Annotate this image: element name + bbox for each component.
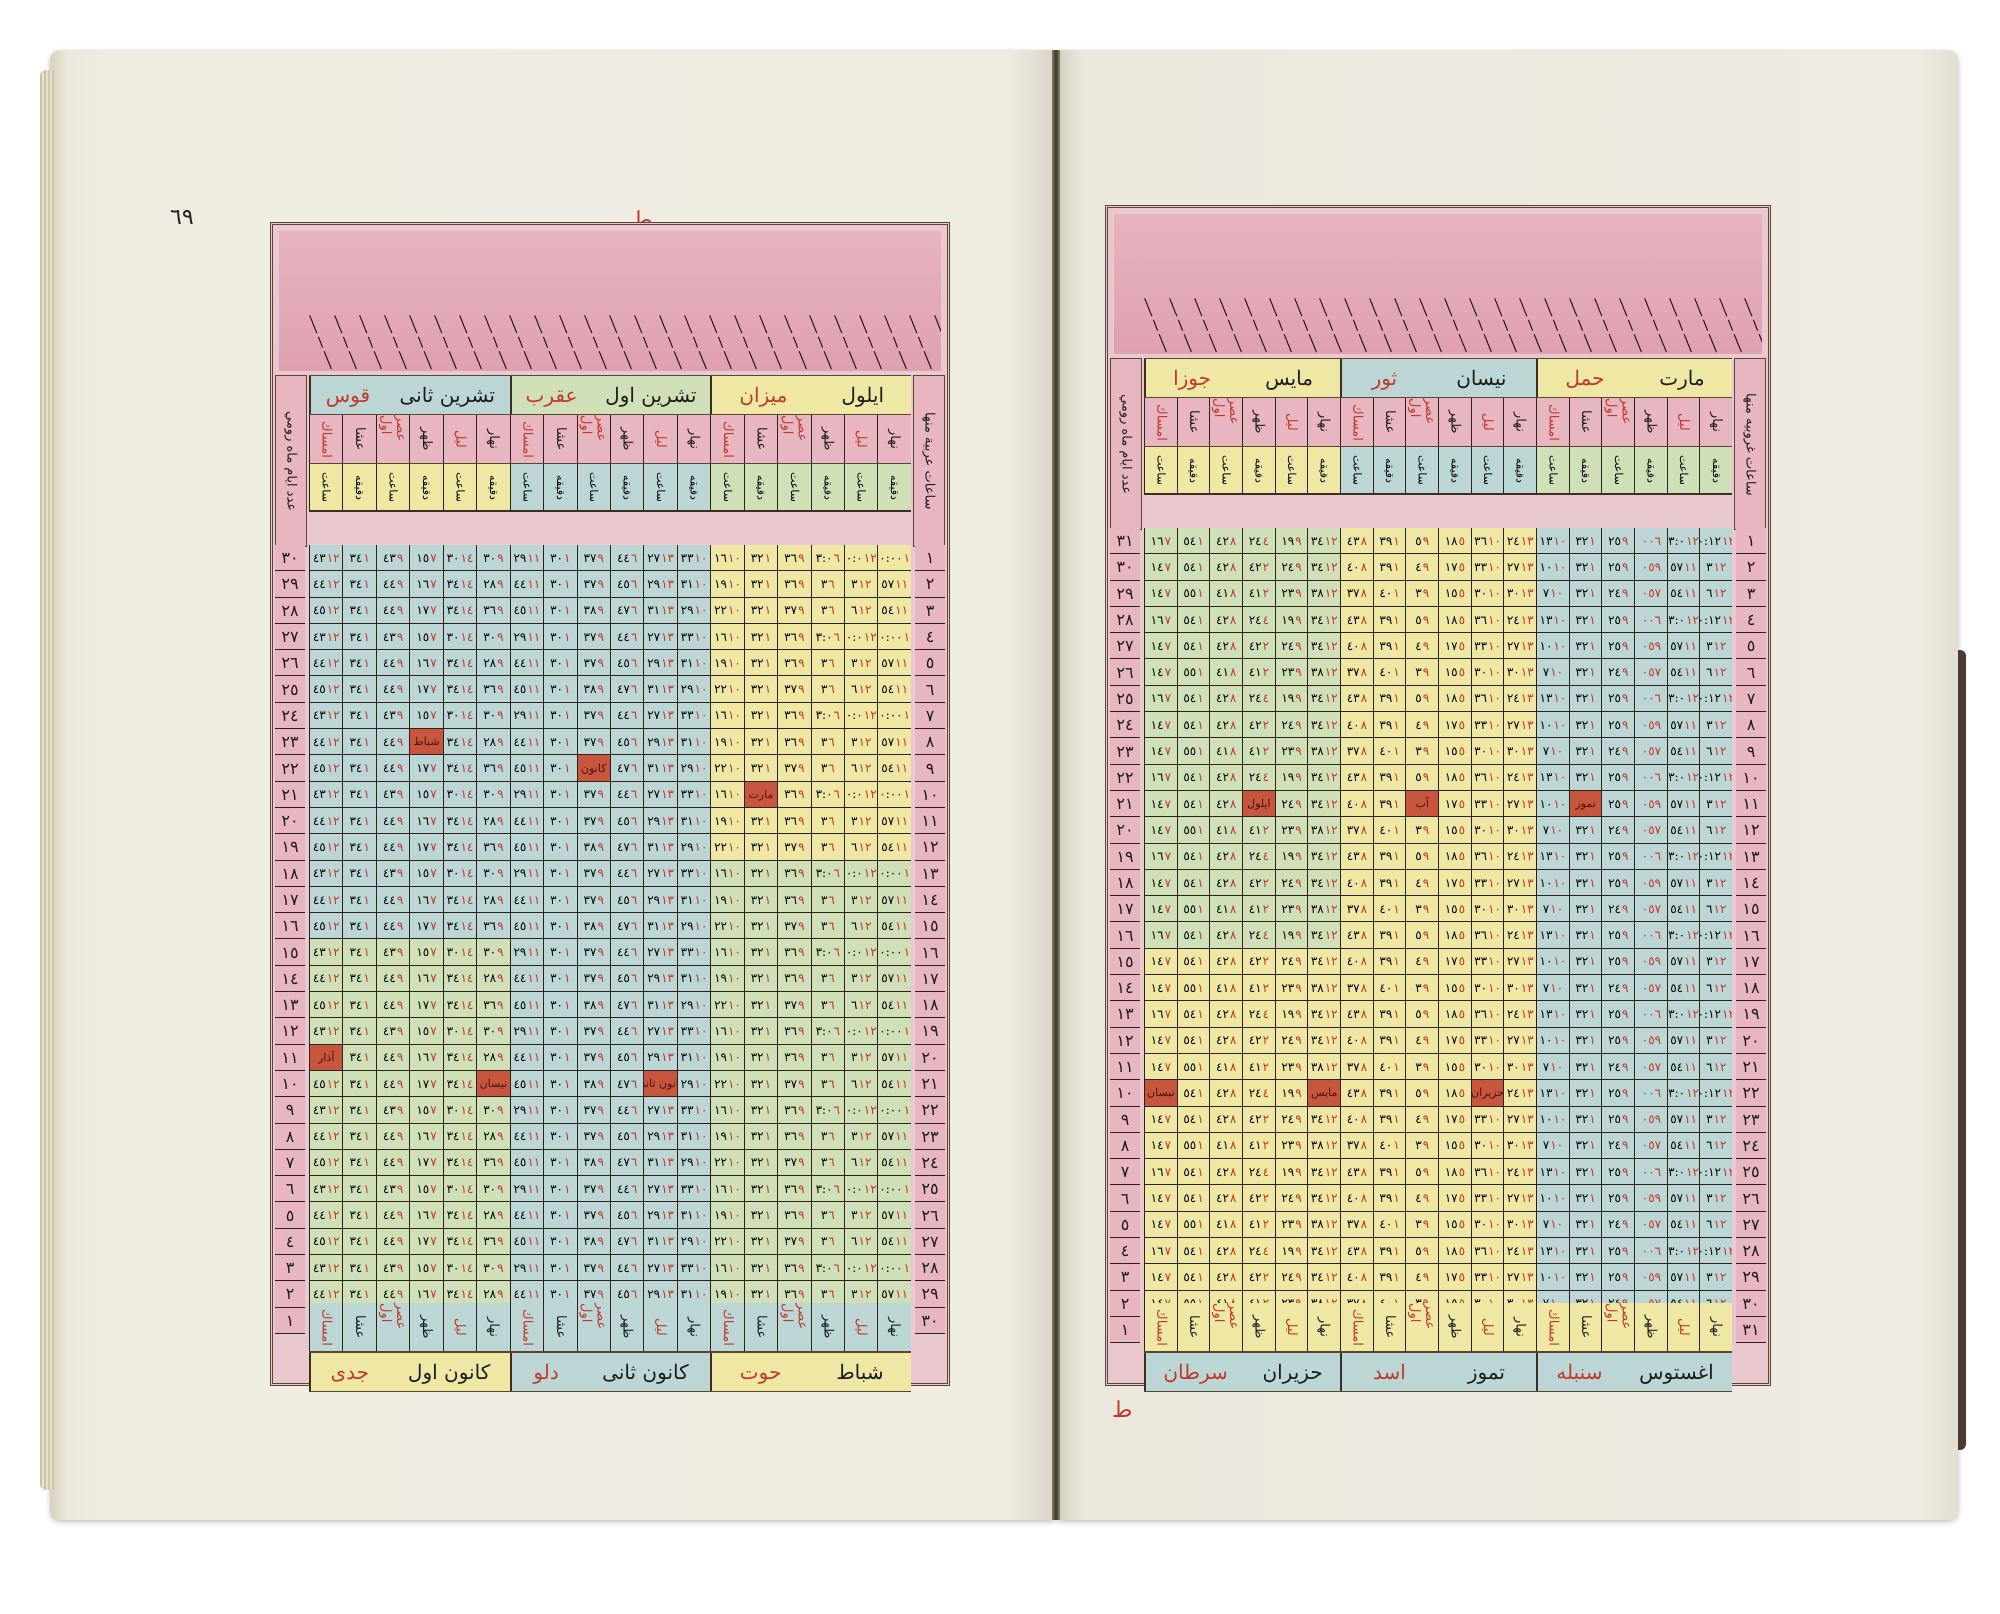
table-cell: ٧١٤	[1144, 554, 1177, 579]
table-row: ١٢٤٣١٣٤٩٤٣٧١٥١٤٣٠٩٣٠١١٢٩١٣٠٩٣٧٦٤٤١٣٢٧١٠٣…	[309, 624, 911, 650]
table-cell: ٩١٩	[1275, 686, 1308, 711]
table-cell: ٠٠٦	[1634, 922, 1667, 947]
day-number: ١٣	[1736, 844, 1766, 870]
column-header: امساك	[510, 1303, 543, 1351]
column-header: عصر اول	[777, 415, 810, 463]
table-cell: ٩٤٤	[376, 913, 409, 938]
table-cell: ٩٣٦	[777, 1097, 810, 1122]
sub-header: ساعت	[1275, 447, 1308, 493]
table-cell: ١٣٤	[342, 1202, 375, 1227]
table-cell: ١٠٣٣	[1471, 712, 1504, 737]
table-cell: ٨٣٧	[1340, 975, 1373, 1000]
table-cell: ٩٢٥	[1601, 1080, 1634, 1105]
table-row: ١٢٤٣١٣٤٩٤٣٧١٥١٤٣٠٩٣٠١١٢٩١٣٠٩٣٧٦٤٤١٣٢٧١٠٣…	[309, 1176, 911, 1202]
table-cell: ٤٢٤	[1242, 1001, 1275, 1026]
table-row: ٧١٤١٥٤٨٤٢٢٤٢٩٢٤١٢٣٤٨٤٠١٣٩٩٤٥١٧١٠٣٣١٣٢٧١٠…	[1144, 870, 1732, 896]
table-cell: ٩٣	[1405, 1133, 1438, 1158]
table-cell: ١٥٥	[1177, 1212, 1210, 1237]
table-cell: ١٣٢٧	[1503, 554, 1536, 579]
table-cell: ٩٢٥	[1601, 765, 1634, 790]
table-cell: ١٤٠	[1373, 1212, 1406, 1237]
table-cell: ١٣٠	[543, 1124, 576, 1149]
table-row: ١٢٤٥١٣٤٩٤٤٧١٧١٤٣٤٩٣٦١١٤٥١٣٠٩٣٨٦٤٧١٣٣١١٠٢…	[309, 1150, 911, 1176]
day-number: ٢٠	[1736, 1028, 1766, 1054]
table-cell: ١٢٠:٠	[844, 703, 877, 728]
table-cell: ١٢٠:٠	[844, 939, 877, 964]
column-header: امساك	[1536, 1303, 1569, 1351]
table-cell: ٩٢٤	[1601, 1133, 1634, 1158]
table-cell: ١٣٠	[543, 1071, 576, 1096]
table-cell: ١١٢٩	[510, 1097, 543, 1122]
table-cell: ١٣٤	[342, 992, 375, 1017]
table-cell: ١٢٣٤	[1307, 1238, 1340, 1263]
table-cell: ٩٣٦	[777, 624, 810, 649]
table-cell: ٩٤	[1405, 870, 1438, 895]
day-number: ١٦	[275, 913, 305, 939]
month-change-marker: مارت	[744, 782, 777, 807]
footer-column-headers: امساكعشاعصر اولظهرليلنهارامساكعشاعصر اول…	[1144, 1303, 1732, 1352]
table-cell: ١٠١٣	[1536, 1001, 1569, 1026]
table-cell: ٩٤٣	[376, 939, 409, 964]
day-number: ١٦	[1110, 922, 1140, 948]
table-cell: ١٢٤٣	[309, 1176, 342, 1201]
table-cell: ٦٣:٠	[811, 939, 844, 964]
day-number: ٢٣	[275, 729, 305, 755]
table-cell: ١٣٣٠	[1503, 738, 1536, 763]
table-cell: ١٢٣	[844, 966, 877, 991]
table-cell: ١٠٣١	[677, 650, 710, 675]
table-cell: ٩٢٥	[1601, 922, 1634, 947]
table-cell: ٦٤٤	[610, 939, 643, 964]
table-cell: ٩٢٤	[1275, 1107, 1308, 1132]
table-cell: ٨٤٢	[1209, 791, 1242, 816]
table-cell: ١٣٣٠	[1503, 1212, 1536, 1237]
table-cell: ٢٤١	[1242, 738, 1275, 763]
table-cell: ١٢٣٨	[1307, 581, 1340, 606]
table-cell: ١١٤٤	[510, 808, 543, 833]
table-cell: ١٣٢٧	[643, 703, 676, 728]
column-header: عشا	[744, 1303, 777, 1351]
side-label-right: ساعات عربية منها	[913, 375, 945, 547]
table-cell: ١٠١٩	[710, 887, 743, 912]
table-cell: ٩٣٨	[577, 1071, 610, 1096]
book-gutter	[1052, 50, 1060, 1520]
table-cell: ٩٤	[1405, 1264, 1438, 1289]
table-cell: ٧١٦	[1144, 844, 1177, 869]
table-cell: ١٣٢	[1569, 686, 1602, 711]
column-header: نهار	[476, 1303, 509, 1351]
table-cell: ٩٢٤	[1601, 1212, 1634, 1237]
table-cell: ٥١٨	[1438, 1001, 1471, 1026]
day-number: ١٢	[1110, 1028, 1140, 1054]
table-row: ٧١٤١٥٤٨٤٢٢٤٢٩٢٤١٢٣٤٨٤٠١٣٩٩٤٥١٧١٠٣٣١٣٢٧١٠…	[1144, 1028, 1732, 1054]
sub-header: دقيقه	[1699, 447, 1732, 493]
table-cell: ١٤٠	[1373, 659, 1406, 684]
table-cell: ٤٢٤	[1242, 686, 1275, 711]
table-cell: ٨٤٠	[1340, 1185, 1373, 1210]
day-number: ٢٤	[915, 1150, 945, 1176]
table-cell: ٨٣٧	[1340, 896, 1373, 921]
table-cell: ١٢٣٤	[1307, 949, 1340, 974]
table-cell: ١٣٢	[1569, 922, 1602, 947]
table-cell: ٥١٥	[1438, 975, 1471, 1000]
column-header: عشا	[342, 415, 375, 463]
table-cell: ٧١٤	[1144, 659, 1177, 684]
table-cell: ١١٥٧	[877, 1045, 910, 1070]
table-cell: ١١٥٤	[1667, 659, 1700, 684]
table-cell: ١٣٤	[342, 729, 375, 754]
table-cell: ٩٣٨	[577, 598, 610, 623]
day-number: ٢٦	[1110, 659, 1140, 685]
table-cell: ١٤٣٤	[443, 1150, 476, 1175]
table-cell: ٨٣٧	[1340, 581, 1373, 606]
table-cell: ٩٣٠	[476, 939, 509, 964]
table-row: ١٢٤٥١٣٤٩٤٤٧١٧١٤٣٤٩٣٦١١٤٥١٣٠٩٣٨٦٤٧١٣٣١١٠٢…	[309, 992, 911, 1018]
table-cell: ١٥٤	[1177, 1159, 1210, 1184]
table-cell: ١٢٠٠:٠٠	[877, 545, 910, 570]
table-cell: ٩٣٧	[577, 966, 610, 991]
table-cell: ٧١٦	[409, 571, 442, 596]
left-text-block: ـــ ـــــ ـــ ــــــــ ـــــ ـــ ـــــــ…	[279, 231, 941, 371]
table-cell: ١٥٥	[1177, 1054, 1210, 1079]
day-number: ٦	[915, 676, 945, 702]
table-cell: ١٤٣٤	[443, 650, 476, 675]
table-cell: ٩٤٣	[376, 545, 409, 570]
table-cell: ٩٤٣	[376, 1097, 409, 1122]
table-cell: ١٣٢٩	[643, 1124, 676, 1149]
table-cell: ٦٣	[811, 834, 844, 859]
month-change-marker: آذار	[309, 1045, 342, 1070]
table-cell: ١٠٢٩	[677, 598, 710, 623]
table-cell: ٨٤٣	[1340, 686, 1373, 711]
table-cell: ١٣٩	[1373, 1264, 1406, 1289]
column-header: عشا	[543, 415, 576, 463]
column-header: نهار	[1503, 398, 1536, 446]
day-number: ٢٦	[915, 1202, 945, 1228]
table-cell: ٩٣٨	[577, 834, 610, 859]
table-cell: ٩٤٤	[376, 966, 409, 991]
table-cell: ٩٣٧	[577, 1176, 610, 1201]
table-cell: ١٢٣	[1699, 554, 1732, 579]
table-cell: ١٢٠:١٢	[1699, 922, 1732, 947]
table-cell: ١٢٤٤	[309, 966, 342, 991]
column-header: ظهر	[1634, 1303, 1667, 1351]
table-cell: ١٣٩	[1373, 949, 1406, 974]
table-cell: ١١٥٤	[877, 992, 910, 1017]
table-cell: ١١٥٧	[1667, 791, 1700, 816]
table-cell: ١٢٦	[844, 913, 877, 938]
table-cell: ١٠١٣	[1536, 607, 1569, 632]
table-cell: ١٣٢	[744, 1071, 777, 1096]
table-cell: ٨٤٠	[1340, 949, 1373, 974]
side-label-right: ساعات غروبيه منها	[1734, 358, 1766, 530]
table-cell: ١٣٢٤	[1503, 1001, 1536, 1026]
table-cell: ١٢٣:٠	[1667, 528, 1700, 553]
table-cell: ١١٢٩	[510, 1018, 543, 1043]
table-cell: ١٣٢	[744, 1202, 777, 1227]
table-cell: ٠٥٩	[1634, 1185, 1667, 1210]
table-cell: ١٠١٦	[710, 1255, 743, 1280]
table-cell: ٩٤	[1405, 1185, 1438, 1210]
table-cell: ١٣٢٧	[643, 861, 676, 886]
table-cell: ١٠٣٣	[677, 782, 710, 807]
table-cell: ٩٣٧	[577, 1097, 610, 1122]
column-header: ليل	[1667, 1303, 1700, 1351]
table-cell: ١٣٤	[342, 1150, 375, 1175]
table-cell: ١٣٤	[342, 966, 375, 991]
table-cell: ٠٥٩	[1634, 1028, 1667, 1053]
table-cell: ١١٥٤	[1667, 738, 1700, 763]
column-header: عصر اول	[1209, 1303, 1242, 1351]
table-cell: ١٠٣١	[677, 729, 710, 754]
table-cell: ٩٣٠	[476, 1097, 509, 1122]
right-text-block: ـــ ـــــ ـــ ــــــــ ـــــ ـــ ـــــــ…	[1114, 214, 1762, 354]
table-cell: ١٢٣٤	[1307, 765, 1340, 790]
table-row: ٧١٤١٥٤٨٤٢٢٤٢٩٢٤١٢٣٤٨٤٠١٣٩٩٤٥١٧١٠٣٣١٣٢٧١٠…	[1144, 712, 1732, 738]
table-row: ٧١٤١٥٥٨٤١٢٤١٩٢٣١٢٣٨٨٣٧١٤٠٩٣٥١٥١٠٣٠١٣٣٠١٠…	[1144, 659, 1732, 685]
table-cell: ١٠١٣	[1536, 922, 1569, 947]
table-row: ١٢٤٥١٣٤٩٤٤٧١٧١٤٣٤٩٣٦١١٤٥١٣٠٩٣٨٦٤٧١٣٣١١٠٢…	[309, 598, 911, 624]
table-cell: ١٣٤	[342, 1071, 375, 1096]
table-cell: ٨٤٣	[1340, 607, 1373, 632]
table-cell: ٩٣٧	[577, 808, 610, 833]
column-header: عشا	[1177, 398, 1210, 446]
day-number: ١	[915, 545, 945, 571]
month-change-marker: نيسان	[1144, 1080, 1177, 1105]
sub-header: ساعت	[1340, 447, 1373, 493]
day-number: ٢٠	[275, 808, 305, 834]
table-cell: ٦٣:٠	[811, 1097, 844, 1122]
table-row: ٧١٤١٥٥٨٤١٢٤١٩٢٣١٢٣٨٨٣٧١٤٠٩٣٥١٥١٠٣٠١٣٣٠١٠…	[1144, 1133, 1732, 1159]
table-cell: ١٥٥	[1177, 659, 1210, 684]
table-cell: ٦٤٤	[610, 861, 643, 886]
table-cell: ١٣٠	[543, 992, 576, 1017]
table-cell: ٨٤٠	[1340, 554, 1373, 579]
table-cell: ١١٢٩	[510, 861, 543, 886]
table-row: ١٢٤٥١٣٤٩٤٤٧١٧١٤٣٤٩٣٦١١٤٥١٣٠٩٣٨٦٤٧١٣٣١١٠٢…	[309, 913, 911, 939]
table-cell: ٧١٦	[1144, 922, 1177, 947]
table-cell: ١٠٣٦	[1471, 765, 1504, 790]
table-cell: ٩٢٤	[1601, 581, 1634, 606]
table-cell: ١١٥٧	[1667, 633, 1700, 658]
day-number: ١٦	[915, 939, 945, 965]
day-number: ١٧	[275, 887, 305, 913]
table-cell: ١١٤٤	[510, 887, 543, 912]
table-cell: ١٣٢	[1569, 554, 1602, 579]
table-cell: ٠٠٦	[1634, 844, 1667, 869]
right-data-grid: ٧١٦١٥٤٨٤٢٤٢٤٩١٩١٢٣٤٨٤٣١٣٩٩٥٥١٨١٠٣٦١٣٢٤١٠…	[1144, 528, 1732, 1343]
table-cell: ١٣٠	[543, 939, 576, 964]
table-cell: ٩٣٧	[777, 992, 810, 1017]
column-header: نهار	[677, 1303, 710, 1351]
table-cell: ١٣٩	[1373, 528, 1406, 553]
table-cell: ٥١٥	[1438, 896, 1471, 921]
table-cell: ٩١٩	[1275, 844, 1308, 869]
table-cell: ١٠٣٣	[1471, 1264, 1504, 1289]
table-cell: ١٤٣٤	[443, 729, 476, 754]
table-cell: ١٣٢	[1569, 1264, 1602, 1289]
table-cell: ١١٥٧	[1667, 1028, 1700, 1053]
table-cell: ١٠٣٣	[1471, 870, 1504, 895]
day-number: ٢٢	[1736, 1080, 1766, 1106]
sub-header: ساعت	[376, 464, 409, 510]
day-number: ١٤	[1110, 975, 1140, 1001]
table-cell: ٨٤٢	[1209, 686, 1242, 711]
table-cell: ٩٢٤	[1601, 738, 1634, 763]
table-row: ١٢٤٤١٣٤٩٤٤٧١٦١٤٣٤٩٢٨١١٤٤١٣٠٩٣٧٦٤٥١٣٢٩١٠٣…	[309, 1202, 911, 1228]
table-cell: ١٢٦	[844, 1150, 877, 1175]
table-cell: ١٣٤	[342, 861, 375, 886]
table-cell: ١١٤٤	[510, 1124, 543, 1149]
table-cell: ١٢٣	[844, 650, 877, 675]
table-cell: ٨٤١	[1209, 817, 1242, 842]
table-cell: ٥١٧	[1438, 1185, 1471, 1210]
table-cell: ١٠٣٣	[677, 939, 710, 964]
table-cell: ١٣٤	[342, 755, 375, 780]
month-change-marker: نيسان	[476, 1071, 509, 1096]
table-cell: ١٢٣٤	[1307, 686, 1340, 711]
table-cell: ١٣٢	[744, 808, 777, 833]
table-cell: ١٢٦	[844, 992, 877, 1017]
table-cell: ١٣٠	[543, 1229, 576, 1254]
table-cell: ١٠٣٣	[677, 1097, 710, 1122]
column-header: عصر اول	[1405, 398, 1438, 446]
table-cell: ١٠٣٦	[1471, 607, 1504, 632]
column-header: امساك	[1340, 1303, 1373, 1351]
table-cell: ١١٥٧	[1667, 1264, 1700, 1289]
table-cell: ١٢٣	[844, 571, 877, 596]
day-number: ٤	[275, 1229, 305, 1255]
table-cell: ٧١٦	[1144, 607, 1177, 632]
table-cell: ١٢٣٨	[1307, 738, 1340, 763]
table-cell: ١٣٠	[543, 755, 576, 780]
table-cell: ١١٤٤	[510, 1202, 543, 1227]
table-cell: ٨٤٢	[1209, 949, 1242, 974]
table-cell: ٠٥٩	[1634, 1107, 1667, 1132]
column-headers: امساكعشاعصر اولظهرليلنهارامساكعشاعصر اول…	[309, 415, 911, 464]
column-header: عشا	[1569, 1303, 1602, 1351]
month-change-marker: حزيران	[1471, 1080, 1504, 1105]
table-cell: ٩٢٣	[1275, 975, 1308, 1000]
table-cell: ١٢٣٨	[1307, 817, 1340, 842]
table-cell: ١٠٧	[1536, 896, 1569, 921]
sub-header: دقيقه	[1634, 447, 1667, 493]
table-cell: ١٣٢	[1569, 1238, 1602, 1263]
table-cell: ٧١٥	[409, 939, 442, 964]
table-cell: ٩٣٧	[777, 1071, 810, 1096]
column-header: ليل	[844, 1303, 877, 1351]
day-number: ٣	[275, 1255, 305, 1281]
table-cell: ٠٥٩	[1634, 554, 1667, 579]
table-cell: ٩٣	[1405, 975, 1438, 1000]
left-data-grid: ١٢٤٣١٣٤٩٤٣٧١٥١٤٣٠٩٣٠١١٢٩١٣٠٩٣٧٦٤٤١٣٢٧١٠٣…	[309, 545, 911, 1334]
table-cell: ٧١٦	[409, 887, 442, 912]
sub-header: دقيقه	[1177, 447, 1210, 493]
table-cell: ٢٤١	[1242, 581, 1275, 606]
column-header: امساك	[309, 1303, 342, 1351]
table-row: ١٢٤٣١٣٤٩٤٣٧١٥١٤٣٠٩٣٠١١٢٩١٣٠٩٣٧٦٤٤١٣٢٧١٠٣…	[309, 703, 911, 729]
table-cell: ١٣٢	[744, 624, 777, 649]
table-cell: ٩٣٠	[476, 545, 509, 570]
table-cell: ١٥٥	[1177, 975, 1210, 1000]
day-number: ٢٢	[915, 1097, 945, 1123]
table-cell: ٩٣	[1405, 581, 1438, 606]
day-number: ٢٧	[915, 1229, 945, 1255]
table-cell: ١٣٢٧	[643, 1255, 676, 1280]
table-cell: ١٣٢٩	[643, 1202, 676, 1227]
table-cell: ٩٣٧	[777, 1229, 810, 1254]
table-cell: ١٣٠	[543, 1097, 576, 1122]
table-cell: ١٤٣٤	[443, 887, 476, 912]
sub-headers: ساعتدقيقهساعتدقيقهساعتدقيقهساعتدقيقهساعت…	[309, 464, 911, 512]
table-cell: ١٢٠:١٢	[1699, 1001, 1732, 1026]
table-cell: ١٤٠	[1373, 975, 1406, 1000]
table-cell: ٨٤٠	[1340, 712, 1373, 737]
table-cell: ١٢٣	[1699, 949, 1732, 974]
table-cell: ٩١٩	[1275, 1080, 1308, 1105]
table-cell: ١٣٢	[1569, 1107, 1602, 1132]
table-cell: ٧١٧	[409, 834, 442, 859]
table-cell: ١٣٠	[543, 650, 576, 675]
table-cell: ٩٣	[1405, 896, 1438, 921]
table-cell: ١٥٤	[1177, 1185, 1210, 1210]
table-cell: ٩٤٤	[376, 1150, 409, 1175]
table-cell: ٩٢٨	[476, 1045, 509, 1070]
table-cell: ٩٢٣	[1275, 1054, 1308, 1079]
table-cell: ٥١٨	[1438, 607, 1471, 632]
table-cell: ٨٤٠	[1340, 791, 1373, 816]
table-row: ٧١٦١٥٤٨٤٢٤٢٤٩١٩١٢٣٤٨٤٣١٣٩٩٥٥١٨١٠٣٦١٣٢٤١٠…	[1144, 1238, 1732, 1264]
table-cell: ٩٢٤	[1275, 554, 1308, 579]
table-cell: ١٥٤	[1177, 686, 1210, 711]
table-cell: ٩٤٤	[376, 808, 409, 833]
table-cell: ١٣٠	[543, 887, 576, 912]
table-cell: ١٣٤	[342, 1018, 375, 1043]
table-cell: ٨٤٣	[1340, 1080, 1373, 1105]
table-cell: ٩٣٧	[577, 1045, 610, 1070]
column-header: نهار	[677, 415, 710, 463]
table-cell: ١١٢٩	[510, 703, 543, 728]
table-cell: ٩٢٣	[1275, 896, 1308, 921]
table-cell: ١٠٢٩	[677, 834, 710, 859]
left-footer: امساكعشاعصر اولظهرليلنهارامساكعشاعصر اول…	[309, 1303, 911, 1392]
sub-header: ساعت	[643, 464, 676, 510]
table-cell: ٩٣	[1405, 1212, 1438, 1237]
table-cell: ١٢٠:٠	[844, 782, 877, 807]
table-cell: ١٣٢	[744, 913, 777, 938]
day-number: ٨	[915, 729, 945, 755]
sub-header: دقيقه	[543, 464, 576, 510]
table-cell: ٠٥٩	[1634, 791, 1667, 816]
table-cell: ١٢٣٨	[1307, 896, 1340, 921]
table-cell: ١٣٢٤	[1503, 528, 1536, 553]
table-cell: ٨٤٢	[1209, 1238, 1242, 1263]
table-cell: ١٢٤٣	[309, 1018, 342, 1043]
table-cell: ٦٣	[811, 992, 844, 1017]
table-cell: ٩٢٥	[1601, 1238, 1634, 1263]
table-cell: ٢٤١	[1242, 817, 1275, 842]
table-cell: ١٣٢	[1569, 528, 1602, 553]
table-cell: ١٠٣٠	[1471, 581, 1504, 606]
table-cell: ١٠٧	[1536, 817, 1569, 842]
day-number: ٢٩	[275, 571, 305, 597]
table-cell: ٦٤٧	[610, 1150, 643, 1175]
table-cell: ٩٣٠	[476, 1255, 509, 1280]
table-cell: ٩١٩	[1275, 922, 1308, 947]
table-cell: ٩٣٦	[777, 782, 810, 807]
table-cell: ٩٤٣	[376, 1255, 409, 1280]
table-cell: ١٣٢٧	[643, 624, 676, 649]
